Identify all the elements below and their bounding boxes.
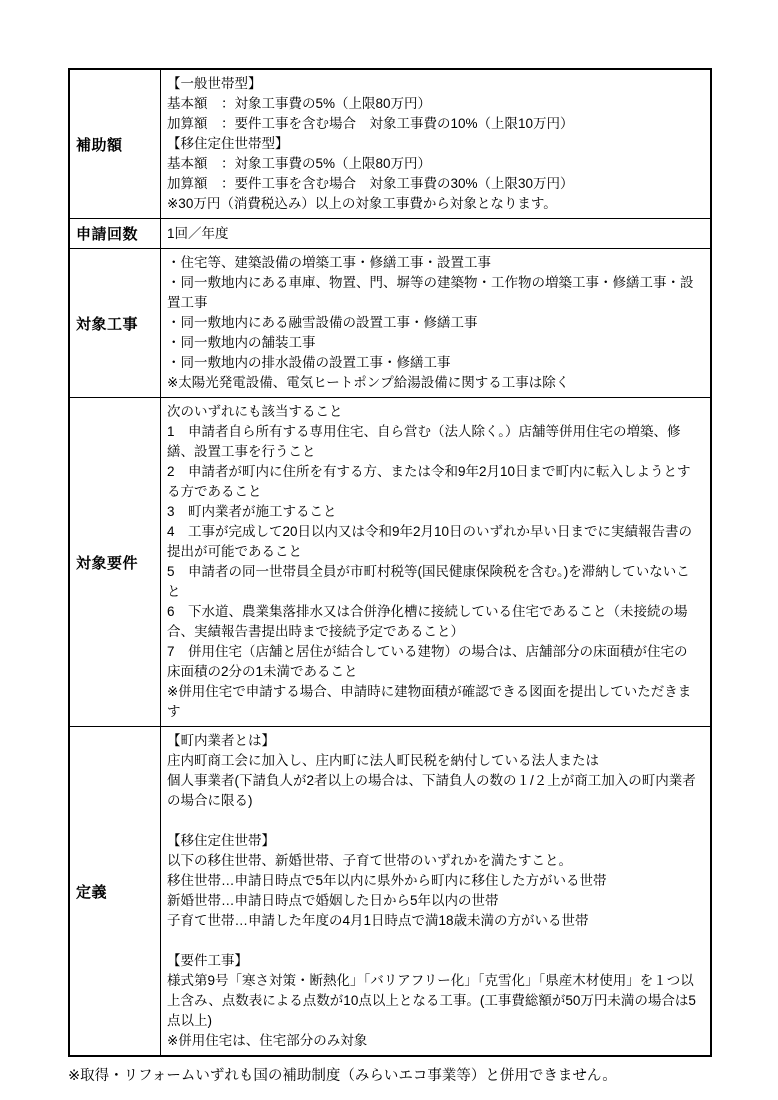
table-row-subsidy-amount: 補助額 【一般世帯型】 基本額 ：対象工事費の5%（上限80万円） 加算額 ：要…: [69, 69, 711, 219]
row-header-application-count: 申請回数: [69, 219, 161, 249]
row-header-subsidy-amount: 補助額: [69, 69, 161, 219]
row-content-eligibility-requirements: 次のいずれにも該当すること 1 申請者自ら所有する専用住宅、自ら営む（法人除く。…: [161, 398, 712, 727]
row-header-eligible-works: 対象工事: [69, 249, 161, 398]
document-page: 補助額 【一般世帯型】 基本額 ：対象工事費の5%（上限80万円） 加算額 ：要…: [68, 68, 712, 1086]
row-content-application-count: 1回／年度: [161, 219, 712, 249]
table-row-definitions: 定義 【町内業者とは】 庄内町商工会に加入し、庄内町に法人町民税を納付している法…: [69, 727, 711, 1057]
table-row-eligibility-requirements: 対象要件 次のいずれにも該当すること 1 申請者自ら所有する専用住宅、自ら営む（…: [69, 398, 711, 727]
table-row-eligible-works: 対象工事 ・住宅等、建築設備の増築工事・修繕工事・設置工事 ・同一敷地内にある車…: [69, 249, 711, 398]
footer-note: ※取得・リフォームいずれも国の補助制度（みらいエコ事業等）と併用できません。: [68, 1066, 712, 1086]
row-header-definitions: 定義: [69, 727, 161, 1057]
table-row-application-count: 申請回数 1回／年度: [69, 219, 711, 249]
subsidy-spec-table: 補助額 【一般世帯型】 基本額 ：対象工事費の5%（上限80万円） 加算額 ：要…: [68, 68, 712, 1057]
row-header-eligibility-requirements: 対象要件: [69, 398, 161, 727]
row-content-definitions: 【町内業者とは】 庄内町商工会に加入し、庄内町に法人町民税を納付している法人また…: [161, 727, 712, 1057]
row-content-subsidy-amount: 【一般世帯型】 基本額 ：対象工事費の5%（上限80万円） 加算額 ：要件工事を…: [161, 69, 712, 219]
row-content-eligible-works: ・住宅等、建築設備の増築工事・修繕工事・設置工事 ・同一敷地内にある車庫、物置、…: [161, 249, 712, 398]
